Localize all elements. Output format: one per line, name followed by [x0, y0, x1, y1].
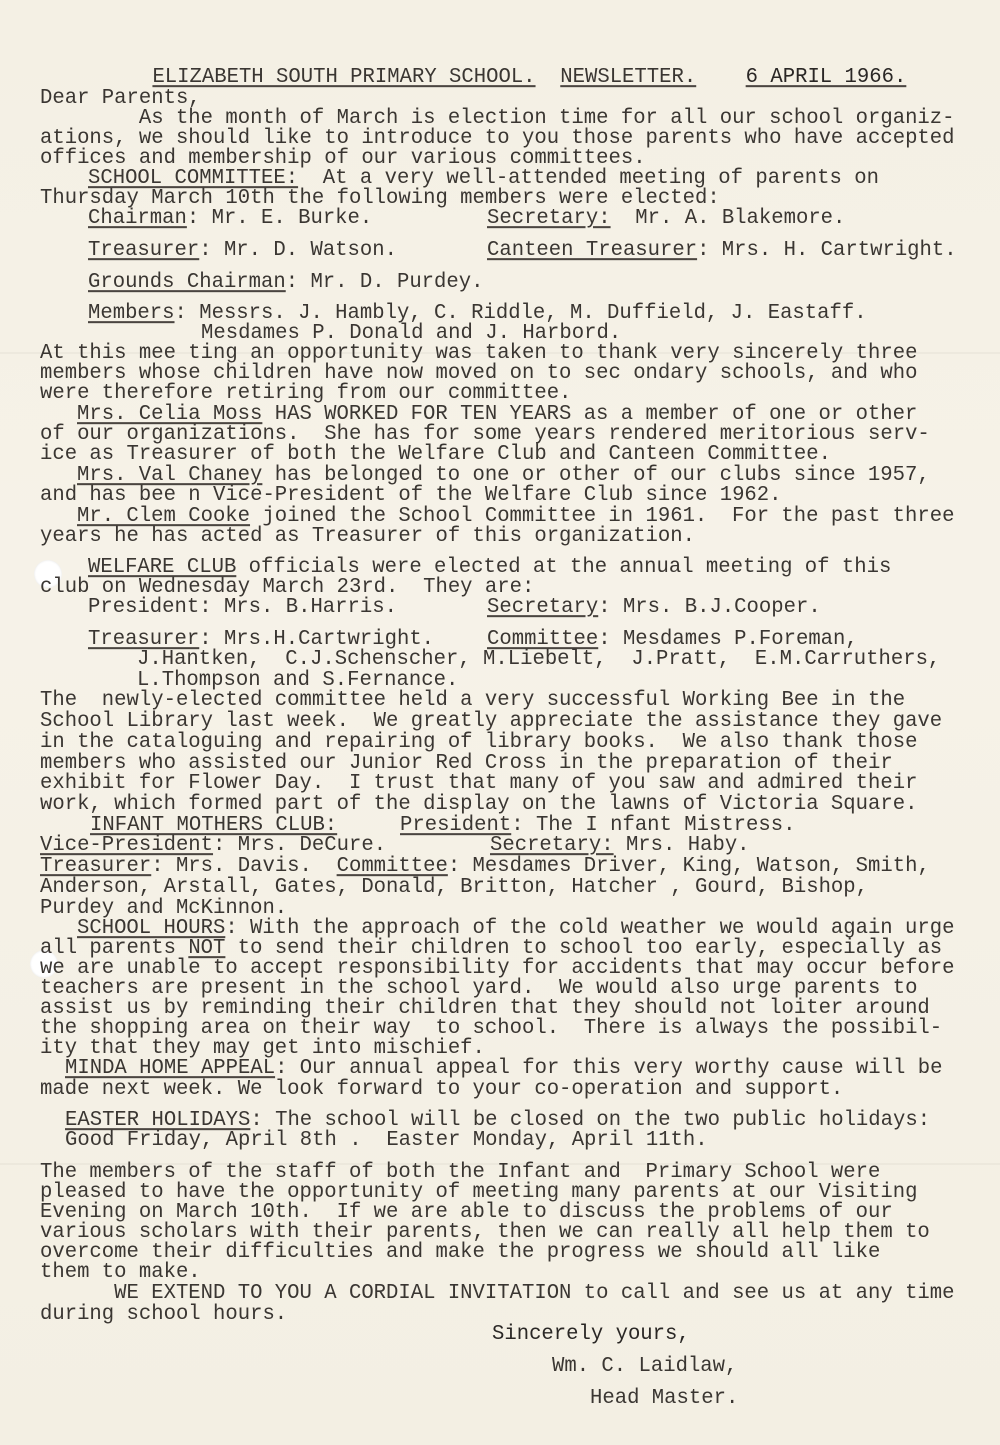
working-bee-line: The newly-elected committee held a very …: [40, 691, 905, 711]
infant-vice-president-entry: Vice-President: Mrs. DeCure.: [40, 836, 386, 856]
newsletter-title: NEWSLETTER.: [560, 66, 696, 89]
treasurer-entry: Treasurer: Mr. D. Watson.: [88, 241, 397, 261]
easter-holidays-line: Good Friday, April 8th . Easter Monday, …: [65, 1131, 708, 1151]
working-bee-line: in the cataloguing and repairing of libr…: [40, 733, 917, 753]
chaney-tribute-2: and has bee n Vice-President of the Welf…: [40, 486, 782, 506]
valediction: Sincerely yours,: [492, 1325, 690, 1345]
working-bee-line: exhibit for Flower Day. I trust that man…: [40, 774, 917, 794]
moss-tribute-3: ice as Treasurer of both the Welfare Clu…: [40, 445, 831, 465]
chairman-entry: Chairman: Mr. E. Burke.: [88, 209, 372, 229]
welfare-president-entry: President: Mrs. B.Harris.: [88, 598, 397, 618]
infant-secretary-entry: Secretary: Mrs. Haby.: [490, 836, 750, 856]
invitation-line: WE EXTEND TO YOU A CORDIAL INVITATION to…: [40, 1284, 955, 1304]
invitation-line-2: during school hours.: [40, 1305, 287, 1325]
working-bee-line: work, which formed part of the display o…: [40, 795, 917, 815]
newsletter-header: ELIZABETH SOUTH PRIMARY SCHOOL. NEWSLETT…: [103, 47, 906, 108]
working-bee-line: School Library last week. We greatly app…: [40, 712, 942, 732]
minda-home-intro: MINDA HOME APPEAL: Our annual appeal for…: [65, 1059, 942, 1079]
retiring-line: were therefore retiring from our committ…: [40, 384, 571, 404]
newsletter-page: ELIZABETH SOUTH PRIMARY SCHOOL. NEWSLETT…: [0, 0, 1000, 1445]
welfare-secretary-entry: Secretary: Mrs. B.J.Cooper.: [487, 598, 821, 618]
signatory-title: Head Master.: [590, 1389, 738, 1409]
welfare-committee-entry-2: J.Hantken, C.J.Schenscher, M.Liebelt, J.…: [137, 650, 940, 670]
secretary-entry: Secretary: Mr. A. Blakemore.: [487, 209, 845, 229]
signatory-name: Wm. C. Laidlaw,: [552, 1357, 737, 1377]
section-heading-minda-home: MINDA HOME APPEAL: [65, 1057, 275, 1080]
school-name: ELIZABETH SOUTH PRIMARY SCHOOL.: [152, 66, 535, 89]
cooke-tribute-2: years he has acted as Treasurer of this …: [40, 527, 695, 547]
closing-line: them to make.: [40, 1263, 201, 1283]
infant-committee-line: Anderson, Arstall, Gates, Donald, Britto…: [40, 878, 868, 898]
minda-home-line: made next week. We look forward to your …: [40, 1080, 843, 1100]
grounds-chairman-entry: Grounds Chairman: Mr. D. Purdey.: [88, 273, 483, 293]
newsletter-date: 6 APRIL 1966.: [746, 66, 907, 89]
canteen-treasurer-entry: Canteen Treasurer: Mrs. H. Cartwright.: [487, 241, 957, 261]
infant-treasurer-committee-entry: Treasurer: Mrs. Davis. Committee: Mesdam…: [40, 857, 930, 877]
